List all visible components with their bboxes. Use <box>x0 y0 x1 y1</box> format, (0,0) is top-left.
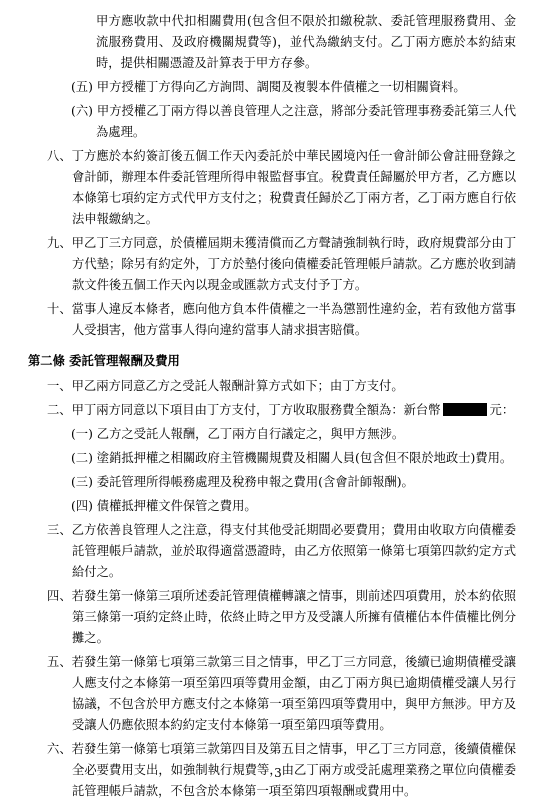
contract-document-page: 甲方應收款中代扣相關費用(包含但不限於扣繳稅款、委託管理服務費用、金流服務費用、… <box>0 0 556 804</box>
section2-item-2-text-before: 二、甲丁兩方同意以下項目由丁方支付，丁方收取服務費全額為：新台幣 <box>47 403 441 417</box>
paragraph-continuation: 甲方應收款中代扣相關費用(包含但不限於扣繳稅款、委託管理服務費用、金流服務費用、… <box>0 11 556 74</box>
section2-subitem-1: (一) 乙方之受託人報酬，乙丁兩方自行議定之，與甲方無涉。 <box>0 424 556 445</box>
clause-item-6: (六) 甲方授權乙丁兩方得以善良管理人之注意，將部分委託管理事務委託第三人代為處… <box>0 101 556 143</box>
section-2-heading: 第二條 委託管理報酬及費用 <box>0 350 556 371</box>
clause-item-8: 八、丁方應於本約簽訂後五個工作天內委託於中華民國境內任一會計師公會註冊登錄之會計… <box>0 146 556 230</box>
section2-subitem-4: (四) 債權抵押權文件保管之費用。 <box>0 496 556 517</box>
section2-item-2-text-after: 元： <box>490 403 515 417</box>
page-number: 3 <box>0 766 556 780</box>
section2-item-3: 三、乙方依善良管理人之注意，得支付其他受託期間必要費用；費用由收取方向債權委託管… <box>0 520 556 583</box>
redacted-amount-box <box>443 403 487 416</box>
clause-item-10: 十、當事人違反本條者，應向他方負本件債權之一半為懲罰性違約金，若有致他方當事人受… <box>0 299 556 341</box>
clause-item-5: (五) 甲方授權丁方得向乙方詢問、調閱及複製本件債權之一切相關資料。 <box>0 77 556 98</box>
section2-item-5: 五、若發生第一條第七項第三款第三目之情事，甲乙丁三方同意，後續已逾期債權受讓人應… <box>0 652 556 736</box>
section2-item-4: 四、若發生第一條第三項所述委託管理債權轉讓之情事，則前述四項費用，於本約依照第三… <box>0 586 556 649</box>
section2-subitem-2: (二) 塗銷抵押權之相關政府主管機關規費及相關人員(包含但不限於地政士)費用。 <box>0 448 556 469</box>
clause-item-9: 九、甲乙丁三方同意，於債權屆期未獲清償而乙方聲請強制執行時，政府規費部分由丁方代… <box>0 233 556 296</box>
section2-subitem-3: (三) 委託管理所得帳務處理及稅務申報之費用(含會計師報酬)。 <box>0 472 556 493</box>
section2-item-1: 一、甲乙兩方同意乙方之受託人報酬計算方式如下；由丁方支付。 <box>0 376 556 397</box>
section2-item-2: 二、甲丁兩方同意以下項目由丁方支付，丁方收取服務費全額為：新台幣元： <box>0 400 556 421</box>
